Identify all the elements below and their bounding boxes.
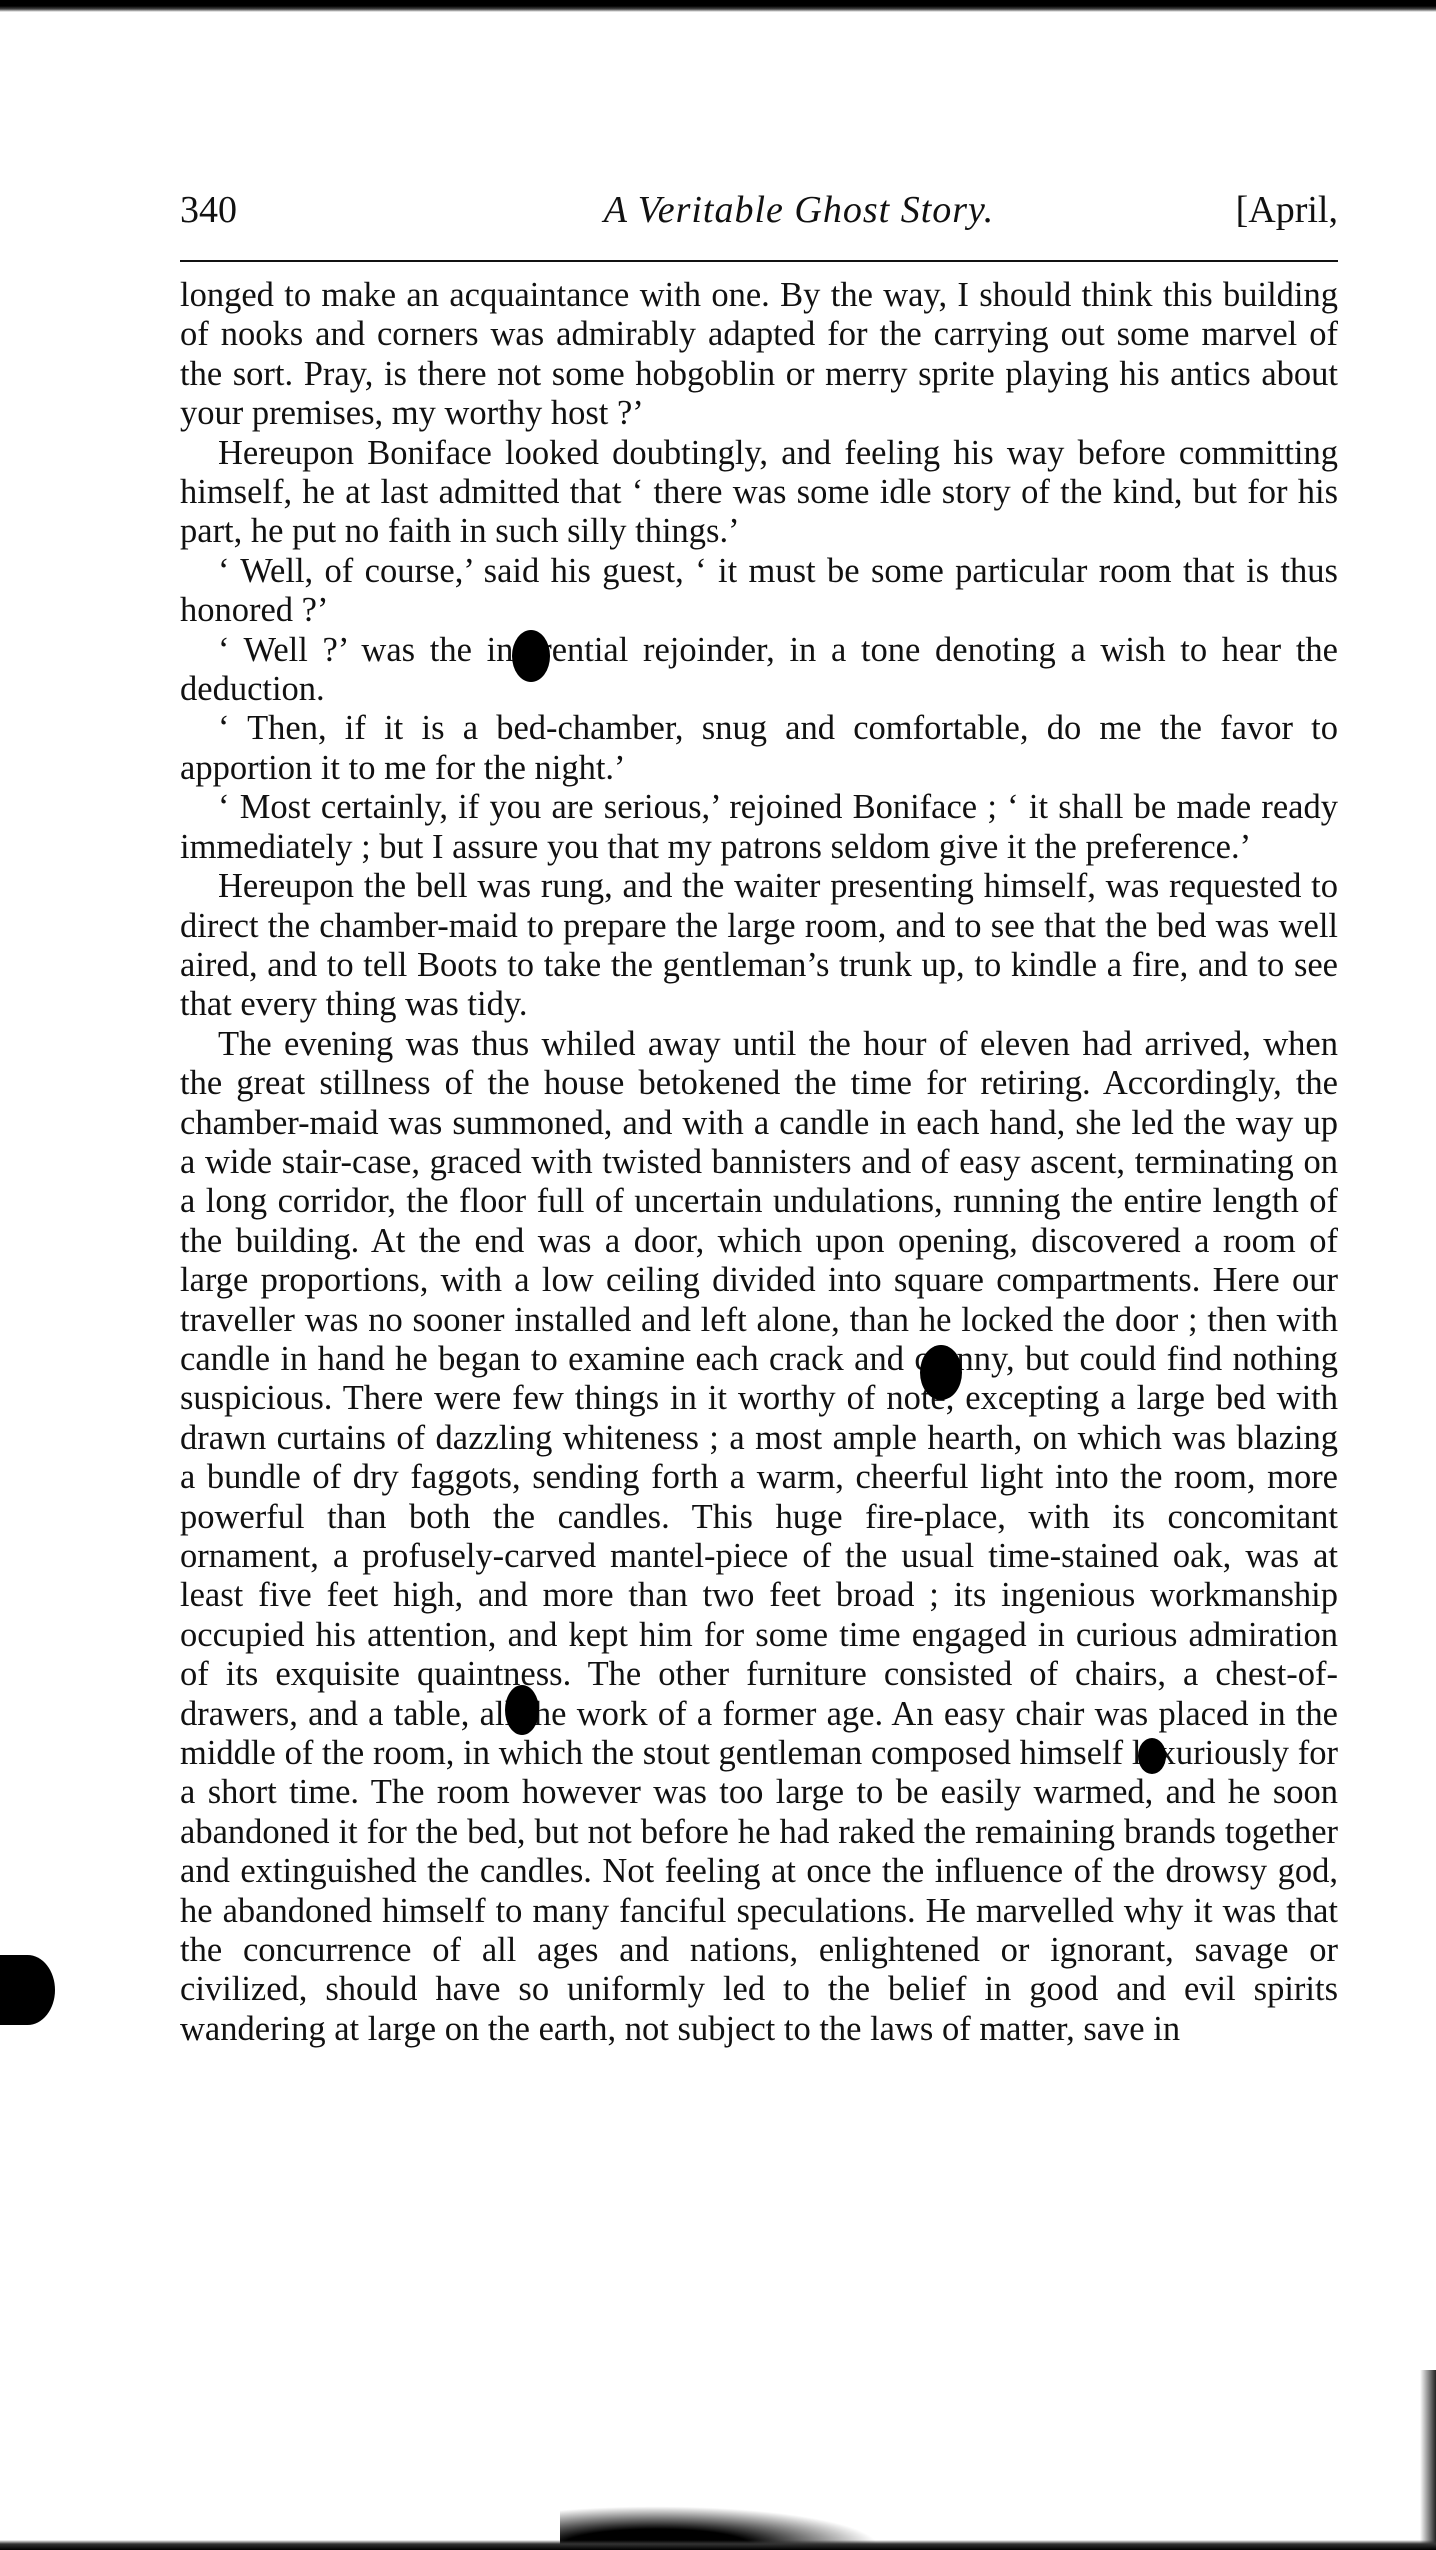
paragraph: ‘ Most certainly, if you are serious,’ r… bbox=[180, 788, 1338, 867]
paragraph: longed to make an acquaintance with one.… bbox=[180, 276, 1338, 434]
scan-edge-right bbox=[1420, 2370, 1436, 2550]
body-text: longed to make an acquaintance with one.… bbox=[180, 276, 1338, 2049]
running-header: 340 A Veritable Ghost Story. [April, bbox=[180, 180, 1338, 240]
paragraph: ‘ Then, if it is a bed-chamber, snug and… bbox=[180, 709, 1338, 788]
book-page: 340 A Veritable Ghost Story. [April, lon… bbox=[180, 180, 1338, 2049]
paragraph: Hereupon the bell was rung, and the wait… bbox=[180, 867, 1338, 1025]
ink-blot bbox=[920, 1345, 962, 1400]
issue-month: [April, bbox=[1236, 188, 1338, 232]
scan-edge-top bbox=[0, 0, 1436, 12]
margin-ink-smudge bbox=[0, 1955, 55, 2025]
paragraph: ‘ Well ?’ was the inferential rejoinder,… bbox=[180, 631, 1338, 710]
running-title: A Veritable Ghost Story. bbox=[180, 188, 1338, 232]
ink-blot bbox=[1138, 1738, 1166, 1774]
ink-blot bbox=[505, 1685, 539, 1735]
paragraph: Hereupon Boniface looked doubtingly, and… bbox=[180, 434, 1338, 552]
header-rule bbox=[180, 260, 1338, 262]
ink-blot bbox=[512, 630, 550, 682]
scan-edge-bottom bbox=[0, 2540, 1436, 2550]
paragraph: The evening was thus whiled away until t… bbox=[180, 1025, 1338, 2050]
paragraph: ‘ Well, of course,’ said his guest, ‘ it… bbox=[180, 552, 1338, 631]
